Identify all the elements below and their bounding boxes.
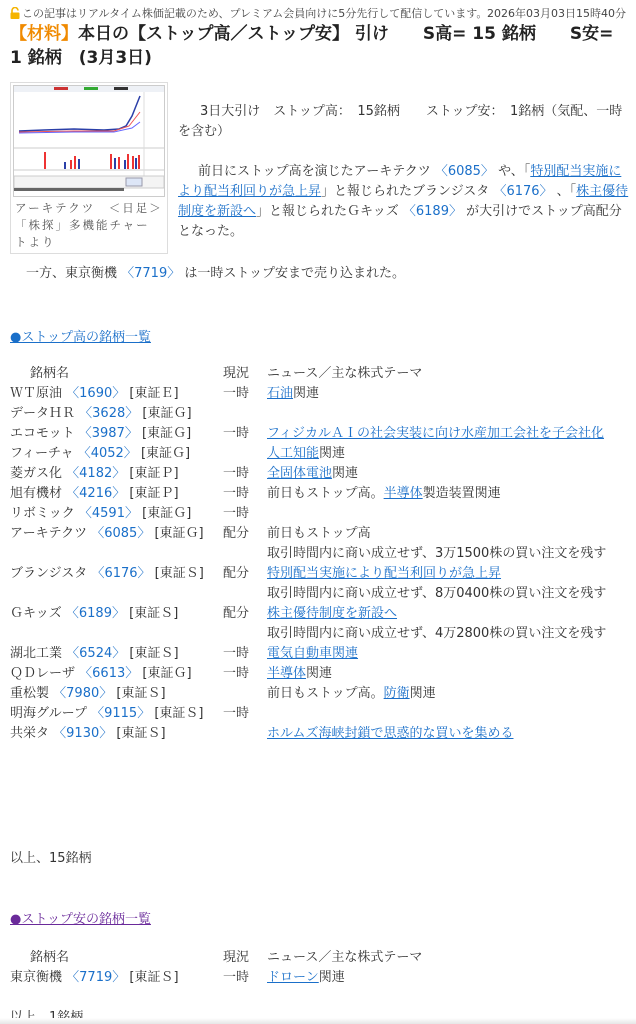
stop-high-list-link[interactable]: ●ストップ高の銘柄一覧 [10,330,151,345]
status-cell: 一時 [223,704,249,724]
stock-code-link[interactable]: 〈3987〉 [79,426,138,441]
news-suffix: 関連 [293,386,319,401]
table-row: 東京衡機 〈7719〉 [東証Ｓ]一時ドローン関連 [10,968,630,988]
stock-code-link[interactable]: 〈6613〉 [79,666,138,681]
news-suffix: 関連 [332,466,358,481]
news-suffix: 関連 [319,970,345,985]
header-name: 銘柄名 [30,364,69,384]
news-suffix: 関連 [410,686,436,701]
market-label: [東証Ｓ] [155,566,204,581]
status-cell: 一時 [223,484,249,504]
stock-code-link[interactable]: 〈6176〉 [493,184,552,199]
stock-code-link[interactable]: 〈6176〉 [91,566,150,581]
stock-code-link[interactable]: 〈9115〉 [91,706,150,721]
market-label: [東証Ｐ] [129,486,178,501]
header-news: ニュース／主な株式テーマ [10,364,630,384]
unlock-icon [10,7,20,19]
table-row: フィーチャ 〈4052〉 [東証Ｇ]人工知能関連 [10,444,630,464]
stop-high-total: 以上、15銘柄 [10,849,92,869]
stock-name-cell: ＷＴ原油 〈1690〉 [東証Ｅ] [10,384,179,404]
header-status: 現況 [223,364,249,384]
table-row: 湖北工業 〈6524〉 [東証Ｓ]一時電気自動車関連 [10,644,630,664]
table-row: リボミック 〈4591〉 [東証Ｇ]一時 [10,504,630,524]
stock-name: 共栄タ [10,726,49,741]
stop-low-list-link[interactable]: ●ストップ安の銘柄一覧 [10,912,151,927]
market-label: [東証Ｓ] [129,646,178,661]
candlestick-chart-image [14,86,164,196]
market-label: [東証Ｓ] [129,970,178,985]
table-row: 共栄タ 〈9130〉 [東証Ｓ]ホルムズ海峡封鎖で思惑的な買いを集める [10,724,630,744]
news-link[interactable]: 特別配当実施により配当利回りが急上昇 [267,566,501,581]
stock-code-link[interactable]: 〈6189〉 [66,606,125,621]
paragraph-2: 一方、東京衡機 〈7719〉 は一時ストップ安まで売り込まれた。 [10,264,630,284]
stock-name: 東京衡機 [10,970,62,985]
table-row: ＷＴ原油 〈1690〉 [東証Ｅ]一時石油関連 [10,384,630,404]
stock-name-cell: 菱ガス化 〈4182〉 [東証Ｐ] [10,464,179,484]
market-label: [東証Ｓ] [129,606,178,621]
table-row: 菱ガス化 〈4182〉 [東証Ｐ]一時全固体電池関連 [10,464,630,484]
publish-datetime: 2026年03月03日15時40分 [487,5,626,21]
news-suffix: 製造装置関連 [423,486,501,501]
table-row: ＱＤレーザ 〈6613〉 [東証Ｇ]一時半導体関連 [10,664,630,684]
stock-name: 旭有機材 [10,486,62,501]
stock-name: 明海グループ [10,706,87,721]
status-cell: 一時 [223,664,249,684]
news-link[interactable]: 防衛 [384,686,410,701]
table-row: ブランジスタ 〈6176〉 [東証Ｓ]配分特別配当実施により配当利回りが急上昇 [10,564,630,584]
table-header-row: 銘柄名現況ニュース／主な株式テーマ [10,948,630,968]
stop-low-table: 銘柄名現況ニュース／主な株式テーマ東京衡機 〈7719〉 [東証Ｓ]一時ドローン… [10,948,630,988]
news-link[interactable]: 石油 [267,386,293,401]
news-link[interactable]: 全固体電池 [267,466,332,481]
stop-high-table: 銘柄名現況ニュース／主な株式テーマＷＴ原油 〈1690〉 [東証Ｅ]一時石油関連… [10,364,630,744]
notice-text: この記事はリアルタイム株価記載のため、プレミアム会員向けに5分先行して配信してい… [22,7,487,20]
article-headline: 【材料】本日の【ストップ高／ストップ安】 引け S高= 15 銘柄 S安= 1 … [10,22,630,70]
stock-name: 湖北工業 [10,646,62,661]
section-stop-high-heading: ●ストップ高の銘柄一覧 [10,326,151,345]
stock-code-link[interactable]: 〈9130〉 [53,726,112,741]
stock-code-link[interactable]: 〈6189〉 [403,204,462,219]
order-note: 取引時間内に商い成立せず、4万2800株の買い注文を残す [10,624,630,644]
stock-name: リボミック [10,506,75,521]
header-news: ニュース／主な株式テーマ [10,948,630,968]
stock-name-cell: 共栄タ 〈9130〉 [東証Ｓ] [10,724,166,744]
status-cell: 一時 [223,644,249,664]
stock-code-link[interactable]: 〈1690〉 [66,386,125,401]
status-cell: 配分 [223,604,249,624]
market-label: [東証Ｇ] [154,526,203,541]
market-label: [東証Ｅ] [129,386,178,401]
market-label: [東証Ｇ] [142,666,191,681]
paragraph-1: 前日にストップ高を演じたアーキテクツ 〈6085〉 や、「特別配当実施により配当… [178,162,630,242]
stock-code-link[interactable]: 〈7980〉 [53,686,112,701]
figure-caption: アーキテクツ ＜日足＞「株探」多機能チャートより [13,197,165,251]
table-row: アーキテクツ 〈6085〉 [東証Ｇ]配分前日もストップ高 [10,524,630,544]
status-cell: 一時 [223,384,249,404]
stock-name-cell: ブランジスタ 〈6176〉 [東証Ｓ] [10,564,204,584]
table-row: エコモット 〈3987〉 [東証Ｇ]一時フィジカルＡＩの社会実装に向け水産加工会… [10,424,630,444]
news-suffix: 関連 [306,666,332,681]
section-stop-low-heading: ●ストップ安の銘柄一覧 [10,908,151,927]
news-suffix: 関連 [319,446,345,461]
stock-name-cell: 東京衡機 〈7719〉 [東証Ｓ] [10,968,179,988]
stock-code-link[interactable]: 〈6524〉 [66,646,125,661]
market-label: [東証Ｓ] [116,726,165,741]
header-name: 銘柄名 [30,948,69,968]
order-note-row: 取引時間内に商い成立せず、8万0400株の買い注文を残す [10,584,630,604]
stock-name-cell: ＱＤレーザ 〈6613〉 [東証Ｇ] [10,664,192,684]
news-link[interactable]: ホルムズ海峡封鎖で思惑的な買いを集める [267,726,513,741]
order-note-row: 取引時間内に商い成立せず、3万1500株の買い注文を残す [10,544,630,564]
stock-code-link[interactable]: 〈3628〉 [79,406,138,421]
market-label: [東証Ｇ] [142,426,191,441]
stock-code-link[interactable]: 〈6085〉 [91,526,150,541]
table-row: データＨＲ 〈3628〉 [東証Ｇ] [10,404,630,424]
summary-text: 3日大引け ストップ高： 15銘柄 ストップ安： 1銘柄（気配、一時を含む） [178,102,628,142]
stock-name-cell: リボミック 〈4591〉 [東証Ｇ] [10,504,191,524]
stock-name-cell: アーキテクツ 〈6085〉 [東証Ｇ] [10,524,204,544]
news-link[interactable]: 半導体 [384,486,423,501]
bottom-shadow [0,1018,636,1024]
news-prefix: 前日もストップ高。 [267,486,384,501]
header-status: 現況 [223,948,249,968]
stock-name-cell: エコモット 〈3987〉 [東証Ｇ] [10,424,191,444]
stock-code-link[interactable]: 〈7719〉 [121,266,180,281]
stock-name: 重松製 [10,686,49,701]
stock-name-cell: 明海グループ 〈9115〉 [東証Ｓ] [10,704,204,724]
stock-code-link[interactable]: 〈4052〉 [78,446,137,461]
market-label: [東証Ｇ] [142,506,191,521]
stock-code-link[interactable]: 〈6085〉 [435,164,494,179]
market-label: [東証Ｓ] [116,686,165,701]
stock-code-link[interactable]: 〈4591〉 [79,506,138,521]
stock-code-link[interactable]: 〈4182〉 [66,466,125,481]
stock-name-cell: 旭有機材 〈4216〉 [東証Ｐ] [10,484,179,504]
market-label: [東証Ｇ] [142,406,191,421]
status-cell: 一時 [223,424,249,444]
news-link[interactable]: 株主優待制度を新設へ [267,606,397,621]
stock-name: フィーチャ [10,446,74,461]
stock-name: ブランジスタ [10,566,87,581]
stock-code-link[interactable]: 〈4216〉 [66,486,125,501]
headline-title: 本日の【ストップ高／ストップ安】 引け S高= 15 銘柄 S安= 1 銘柄 (… [10,24,613,68]
status-cell: 一時 [223,504,249,524]
stock-name-cell: フィーチャ 〈4052〉 [東証Ｇ] [10,444,190,464]
news-prefix: 前日もストップ高 [267,526,371,541]
order-note: 取引時間内に商い成立せず、8万0400株の買い注文を残す [10,584,630,604]
stock-name-cell: 湖北工業 〈6524〉 [東証Ｓ] [10,644,179,664]
news-link[interactable]: 人工知能 [267,446,319,461]
status-cell: 一時 [223,968,249,988]
status-cell: 配分 [223,524,249,544]
news-link[interactable]: 半導体 [267,666,306,681]
stock-name-cell: データＨＲ 〈3628〉 [東証Ｇ] [10,404,192,424]
table-row: 旭有機材 〈4216〉 [東証Ｐ]一時前日もストップ高。半導体製造装置関連 [10,484,630,504]
stock-chart-thumbnail[interactable] [13,85,165,197]
table-row: 明海グループ 〈9115〉 [東証Ｓ]一時 [10,704,630,724]
stock-name-cell: 重松製 〈7980〉 [東証Ｓ] [10,684,166,704]
status-cell: 配分 [223,564,249,584]
premium-notice: この記事はリアルタイム株価記載のため、プレミアム会員向けに5分先行して配信してい… [10,5,630,21]
table-row: 重松製 〈7980〉 [東証Ｓ]前日もストップ高。防衛関連 [10,684,630,704]
chart-figure[interactable]: アーキテクツ ＜日足＞「株探」多機能チャートより [10,82,168,254]
news-link[interactable]: ドローン [267,970,319,985]
order-note: 取引時間内に商い成立せず、3万1500株の買い注文を残す [10,544,630,564]
stock-code-link[interactable]: 〈7719〉 [66,970,125,985]
category-tag: 【材料】 [10,24,78,44]
stock-name: データＨＲ [10,406,75,421]
market-label: [東証Ｇ] [141,446,190,461]
stock-name: アーキテクツ [10,526,87,541]
stock-name: エコモット [10,426,75,441]
market-label: [東証Ｐ] [129,466,178,481]
stock-name: ＷＴ原油 [10,386,62,401]
stock-name: Ｇキッズ [10,606,62,621]
order-note-row: 取引時間内に商い成立せず、4万2800株の買い注文を残す [10,624,630,644]
table-row: Ｇキッズ 〈6189〉 [東証Ｓ]配分株主優待制度を新設へ [10,604,630,624]
stock-name: ＱＤレーザ [10,666,75,681]
news-link[interactable]: フィジカルＡＩの社会実装に向け水産加工会社を子会社化 [267,426,604,441]
news-prefix: 前日もストップ高。 [267,686,384,701]
news-link[interactable]: 電気自動車関連 [267,646,358,661]
table-header-row: 銘柄名現況ニュース／主な株式テーマ [10,364,630,384]
stock-name: 菱ガス化 [10,466,62,481]
market-label: [東証Ｓ] [154,706,203,721]
status-cell: 一時 [223,464,249,484]
stock-name-cell: Ｇキッズ 〈6189〉 [東証Ｓ] [10,604,178,624]
